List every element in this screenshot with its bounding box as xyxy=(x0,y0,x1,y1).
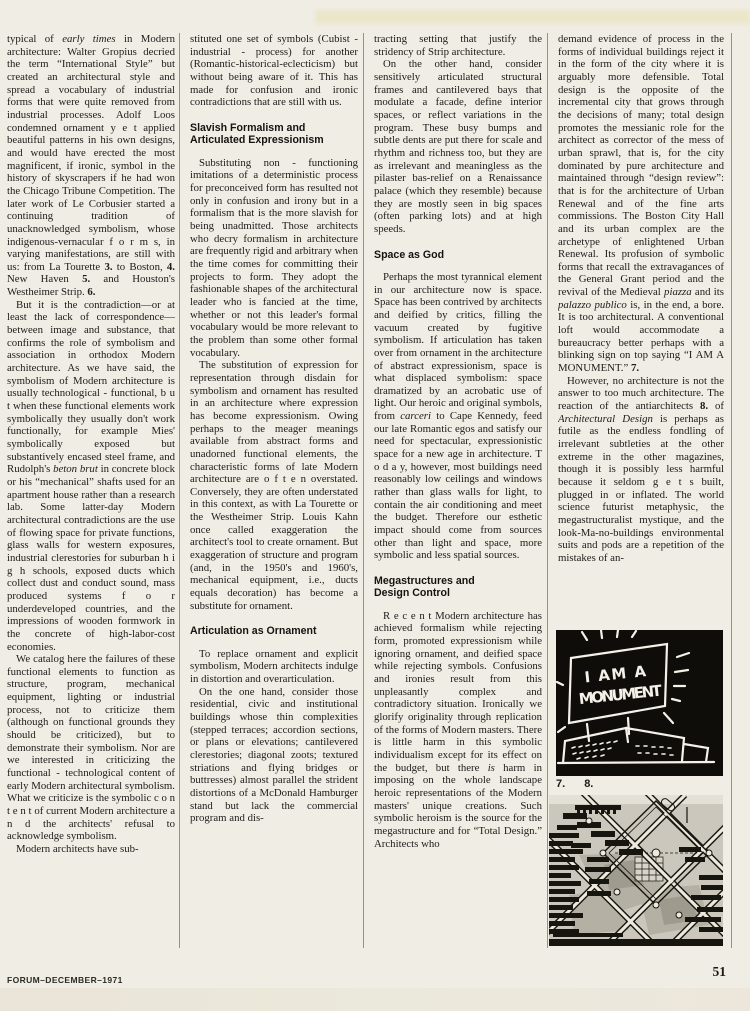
paper-tint-top xyxy=(315,10,750,24)
paragraph: To replace ornament and explicit symboli… xyxy=(190,648,358,686)
paragraph: On the other hand, consider sensitively … xyxy=(374,58,542,235)
section-heading: Space as God xyxy=(374,249,542,261)
column-rule xyxy=(179,33,180,948)
monument-sketch-figure: I AM A MONUMENT xyxy=(556,630,723,776)
text-column-4: demand evidence of process in the forms … xyxy=(558,33,724,626)
text-column-3: tracting setting that justify the stride… xyxy=(374,33,542,951)
paper-tint-bottom xyxy=(0,988,750,1011)
paragraph: R e c e n t Modern architecture has achi… xyxy=(374,610,542,850)
paragraph: stituted one set of symbols (Cubist - in… xyxy=(190,33,358,109)
text-column-1: typical of early times in Modern archite… xyxy=(7,33,175,951)
paragraph: However, no architecture is not the answ… xyxy=(558,375,724,565)
paragraph: On the one hand, consider those resident… xyxy=(190,686,358,825)
plan-photo-figure xyxy=(549,795,723,946)
column-rule xyxy=(731,33,732,948)
paragraph: The substitution of expression for repre… xyxy=(190,359,358,612)
section-heading: Slavish Formalism andArticulated Express… xyxy=(190,122,358,147)
paragraph: demand evidence of process in the forms … xyxy=(558,33,724,375)
figure-number-7: 7. xyxy=(556,778,565,790)
column-rule xyxy=(363,33,364,948)
page-number: 51 xyxy=(713,964,727,980)
paragraph: But it is the contradiction—or at least … xyxy=(7,299,175,653)
column-rule xyxy=(547,33,548,948)
monument-sketch-drawing: I AM A MONUMENT xyxy=(556,630,723,776)
section-heading: Megastructures andDesign Control xyxy=(374,575,542,600)
figure-number-8: 8. xyxy=(584,778,593,790)
paragraph: Substituting non - functioning imitation… xyxy=(190,157,358,360)
paragraph: typical of early times in Modern archite… xyxy=(7,33,175,299)
magazine-page: typical of early times in Modern archite… xyxy=(0,0,750,1011)
paragraph: We catalog here the failures of these fu… xyxy=(7,653,175,843)
figure-caption: 7.8. xyxy=(556,778,612,790)
paragraph: Modern architects have sub- xyxy=(7,843,175,856)
paragraph: tracting setting that justify the stride… xyxy=(374,33,542,58)
journal-footer: FORUM–DECEMBER–1971 xyxy=(7,975,123,985)
paragraph: Perhaps the most tyrannical element in o… xyxy=(374,271,542,562)
text-column-2: stituted one set of symbols (Cubist - in… xyxy=(190,33,358,951)
section-heading: Articulation as Ornament xyxy=(190,625,358,637)
plan-photo-drawing xyxy=(549,795,723,946)
